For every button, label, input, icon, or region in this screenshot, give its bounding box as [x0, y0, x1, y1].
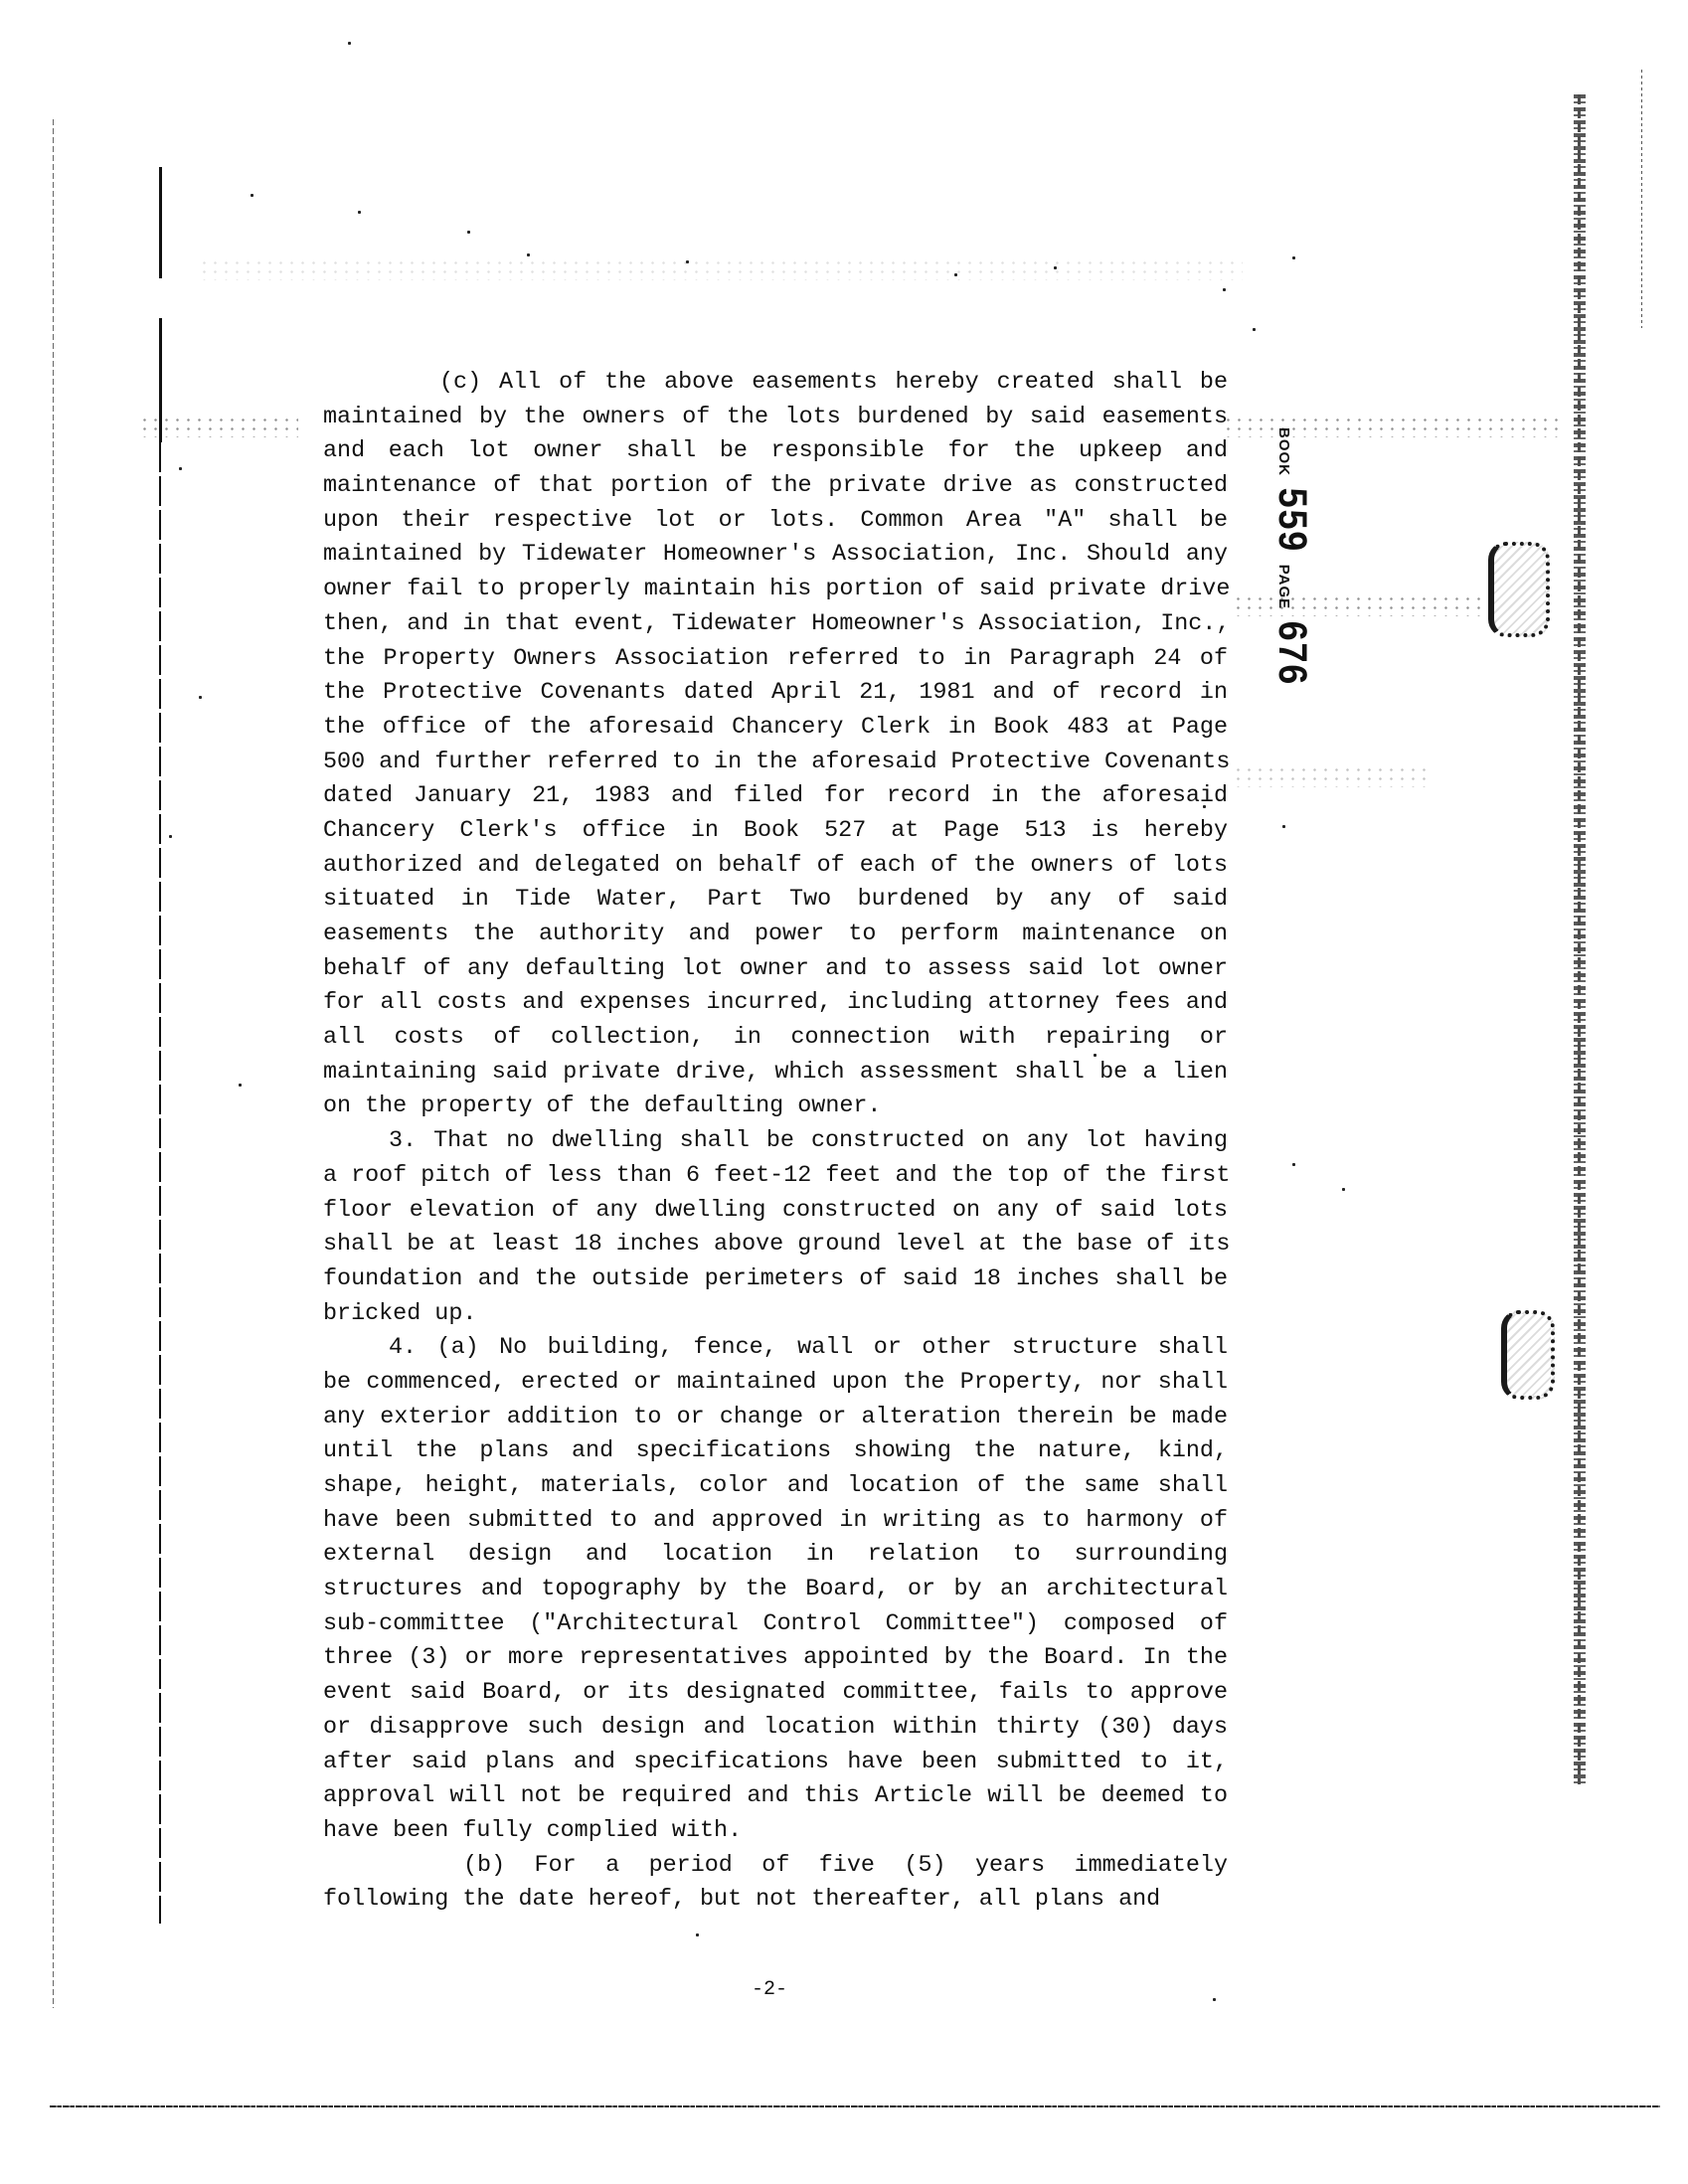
text-line: bricked up.	[323, 1297, 1228, 1332]
text-line: maintaining said private drive, which as…	[323, 1056, 1228, 1091]
text-line: upon their respective lot or lots. Commo…	[323, 504, 1228, 539]
text-line: following the date hereof, but not there…	[323, 1883, 1228, 1918]
text-line: or disapprove such design and location w…	[323, 1711, 1228, 1746]
text-line: event said Board, or its designated comm…	[323, 1676, 1228, 1711]
text-line: sub-committee ("Architectural Control Co…	[323, 1607, 1228, 1642]
stamp-page-number: 676	[1269, 621, 1314, 686]
text-line: behalf of any defaulting lot owner and t…	[323, 952, 1228, 987]
scan-left-edge-line	[53, 119, 54, 2008]
scan-noise	[1233, 765, 1432, 787]
paragraph-easements-c: (c) All of the above easements hereby cr…	[323, 366, 1228, 1124]
scan-speck	[1054, 266, 1057, 269]
stamp-book-number: 559	[1269, 488, 1314, 553]
scan-speck	[199, 696, 202, 699]
text-line: then, and in that event, Tidewater Homeo…	[323, 607, 1228, 642]
text-line: any exterior addition to or change or al…	[323, 1401, 1228, 1435]
text-line: structures and topography by the Board, …	[323, 1573, 1228, 1607]
scan-speck	[1282, 825, 1285, 828]
scan-speck	[348, 42, 351, 45]
text-line: after said plans and specifications have…	[323, 1746, 1228, 1780]
scan-bottom-rule	[50, 2105, 1660, 2107]
text-line: foundation and the outside perimeters of…	[323, 1262, 1228, 1297]
text-line: the office of the aforesaid Chancery Cle…	[323, 711, 1228, 746]
binder-hole	[1488, 542, 1550, 637]
scan-speck	[467, 231, 470, 234]
document-page: BOOK 559 PAGE 676 (c) All of the above e…	[0, 0, 1688, 2184]
scan-speck	[1292, 256, 1295, 259]
scan-speck	[358, 211, 361, 214]
stamp-page-label: PAGE	[1275, 565, 1292, 609]
text-line: 4. (a) No building, fence, wall or other…	[323, 1331, 1228, 1366]
scan-speck	[251, 194, 253, 197]
text-line: authorized and delegated on behalf of ea…	[323, 849, 1228, 884]
paragraph-section-3: 3. That no dwelling shall be constructed…	[323, 1124, 1228, 1331]
text-line: maintained by Tidewater Homeowner's Asso…	[323, 538, 1228, 573]
text-line: have been submitted to and approved in w…	[323, 1504, 1228, 1539]
text-line: external design and location in relation…	[323, 1538, 1228, 1573]
scan-speck	[1213, 1998, 1216, 2001]
text-line: a roof pitch of less than 6 feet-12 feet…	[323, 1159, 1228, 1194]
text-line: shape, height, materials, color and loca…	[323, 1469, 1228, 1504]
text-line: maintenance of that portion of the priva…	[323, 469, 1228, 504]
scan-speck	[1342, 1188, 1345, 1191]
scan-noise	[139, 416, 298, 437]
text-line: dated January 21, 1983 and filed for rec…	[323, 779, 1228, 814]
text-line: and each lot owner shall be responsible …	[323, 434, 1228, 469]
scan-speck	[1223, 288, 1226, 291]
text-line: maintained by the owners of the lots bur…	[323, 401, 1228, 435]
text-line: three (3) or more representatives appoin…	[323, 1641, 1228, 1676]
scan-speck	[1203, 805, 1206, 808]
text-line: shall be at least 18 inches above ground…	[323, 1228, 1228, 1262]
paragraph-section-4a: 4. (a) No building, fence, wall or other…	[323, 1331, 1228, 1848]
text-line: 3. That no dwelling shall be constructed…	[323, 1124, 1228, 1159]
text-line: be commenced, erected or maintained upon…	[323, 1366, 1228, 1401]
text-line: situated in Tide Water, Part Two burdene…	[323, 883, 1228, 918]
text-line: easements the authority and power to per…	[323, 918, 1228, 952]
scan-speck	[527, 253, 530, 256]
text-line: the Protective Covenants dated April 21,…	[323, 676, 1228, 711]
document-body: (c) All of the above easements hereby cr…	[323, 366, 1228, 1918]
scan-speck	[686, 260, 689, 263]
scan-speck	[169, 835, 172, 838]
page-number-text: -2-	[752, 1978, 787, 2001]
scan-speck	[1292, 1163, 1295, 1166]
text-line: the Property Owners Association referred…	[323, 642, 1228, 677]
text-line: floor elevation of any dwelling construc…	[323, 1194, 1228, 1229]
scan-right-edge-noise	[1574, 94, 1586, 1784]
text-line: (b) For a period of five (5) years immed…	[323, 1849, 1228, 1884]
scan-speck	[1253, 328, 1256, 331]
text-line: for all costs and expenses incurred, inc…	[323, 986, 1228, 1021]
text-line: on the property of the defaulting owner.	[323, 1090, 1228, 1124]
scan-speck	[696, 1933, 699, 1936]
scan-speck	[239, 1084, 242, 1087]
recording-stamp: BOOK 559 PAGE 676	[1269, 427, 1314, 690]
text-line: 500 and further referred to in the afore…	[323, 746, 1228, 780]
scan-noise	[199, 258, 1243, 280]
binder-hole	[1501, 1310, 1555, 1400]
margin-bar	[159, 167, 162, 278]
paragraph-section-4b: (b) For a period of five (5) years immed…	[323, 1849, 1228, 1918]
text-line: (c) All of the above easements hereby cr…	[323, 366, 1228, 401]
scan-speck	[954, 273, 957, 276]
stamp-book-label: BOOK	[1275, 427, 1292, 476]
margin-bar	[159, 442, 161, 1924]
text-line: approval will not be required and this A…	[323, 1779, 1228, 1814]
scan-right-dotted-line	[1641, 70, 1642, 328]
text-line: owner fail to properly maintain his port…	[323, 573, 1228, 607]
page-number: -2-	[0, 1978, 1688, 2001]
text-line: all costs of collection, in connection w…	[323, 1021, 1228, 1056]
text-line: have been fully complied with.	[323, 1814, 1228, 1849]
scan-speck	[179, 467, 182, 470]
text-line: until the plans and specifications showi…	[323, 1434, 1228, 1469]
text-line: Chancery Clerk's office in Book 527 at P…	[323, 814, 1228, 849]
scan-speck	[1094, 1054, 1097, 1057]
